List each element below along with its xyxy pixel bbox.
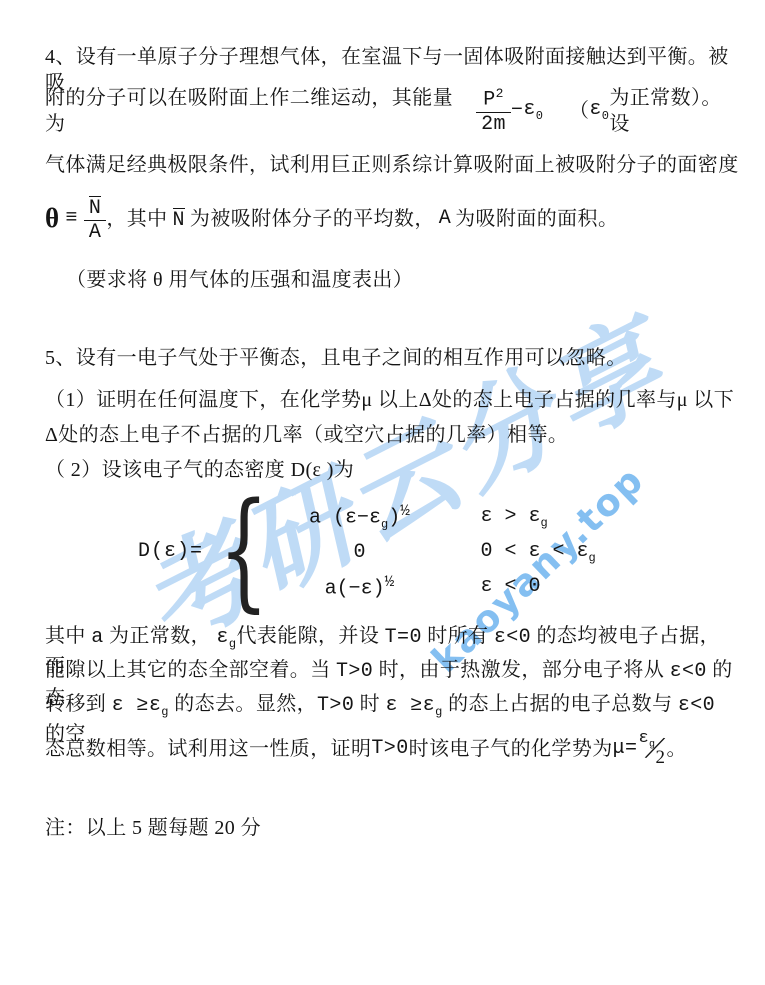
fraction-nbar-over-a: N A [84,196,106,243]
cond-text: ε > ε [480,505,540,528]
body-text: 其中 [45,625,91,647]
mu-equals: μ= [613,736,638,762]
body-text: 时 [354,693,385,715]
p4-line2-tail: 为正常数）。设 [609,85,740,137]
half-exponent: ½ [385,573,395,591]
zero-subscript: 0 [602,109,610,123]
piecewise-expr-2: 0 [280,541,438,564]
squared-exponent: 2 [496,86,504,101]
t-greater-zero: T>0 [371,736,408,762]
p4-line4-text3: 为吸附面的面积。 [455,206,618,232]
body-text: 时所有 [422,625,494,647]
p5-body-line4: 态总数相等。试利用这一性质，证明 T>0 时该电子气的化学势为 μ=εg∕2 。 [45,725,740,773]
piecewise-density-equation: D(ε)= { a (ε−εg)½ ε > εg 0 0 < ε < εg a(… [138,497,596,606]
theta-symbol: θ [45,201,60,236]
expr-text: a(−ε) [325,578,385,601]
equiv-sign: ≡ [66,206,78,232]
epsilon-symbol: ε [216,626,228,649]
p5-part2-line: （ 2）设该电子气的态密度 D(ε )为 [45,457,740,483]
epsilon-symbol: ε [589,98,601,121]
body-text: 为正常数， [104,625,217,647]
n-bar-symbol: N [89,196,101,219]
p4-line4-text1: ，其中 [106,206,167,232]
fraction-p2-over-2m: P2 2m [476,87,511,135]
t-greater-zero: T>0 [336,660,373,683]
body-text: 时，由于热激发，部分电子将从 [373,659,669,681]
epsilon-symbol: ε [638,729,649,748]
body-text: 能隙以上其它的态全部空着。当 [45,659,336,681]
fraction-denominator: 2 [656,746,666,771]
p5-part1-line2: Δ处的态上电子不占据的几率（或空穴占据的几率）相等。 [45,422,740,448]
piecewise-cond-1: ε > εg [438,505,595,530]
p4-line2-text: 附的分子可以在吸附面上作二维运动，其能量为 [45,85,466,137]
g-subscript: g [540,516,547,530]
g-subscript: g [161,705,169,719]
eps-less-zero: ε<0 [494,626,531,649]
body-text: 的态上占据的电子总数与 [443,693,678,715]
zero-subscript: 0 [536,109,544,123]
fraction-denominator: A [84,220,106,243]
eps-ge-eps-g: ε ≥εg [112,694,169,717]
cond-text: 0 < ε < ε [480,540,588,563]
density-lhs: D(ε)= [138,540,203,563]
body-text: 态总数相等。试利用这一性质，证明 [45,736,371,762]
p5-part1-line1: （1）证明在任何温度下，在化学势μ 以上Δ处的态上电子占据的几率与μ 以下 [45,387,740,413]
body-text: 。 [666,736,686,762]
body-text: 时该电子气的化学势为 [409,736,613,762]
minus-sign: − [511,98,523,124]
p4-line3: 气体满足经典极限条件，试利用巨正则系综计算吸附面上被吸附分子的面密度 [45,152,740,178]
body-text: 的态去。显然， [169,693,317,715]
body-text: 代表能隙，并设 [236,625,384,647]
expr-text: a (ε−ε [309,507,381,530]
eps-less-zero: ε<0 [670,660,707,683]
cond-text: ε ≥ε [385,694,435,717]
open-paren: （ [569,98,589,124]
t-greater-zero: T>0 [317,694,354,717]
epsilon-g: εg [216,626,236,649]
epsilon-zero: ε0 [523,97,543,125]
n-bar-symbol: N [173,208,185,231]
expr-text: ) [388,507,400,530]
momentum-symbol: P [483,89,495,112]
eps-ge-eps-g: ε ≥εg [385,694,442,717]
piecewise-cond-2: 0 < ε < εg [438,540,595,565]
piecewise-expr-1: a (ε−εg)½ [280,502,438,532]
p4-line4-text2: 为被吸附体分子的平均数， [190,206,435,232]
cond-text: ε ≥ε [112,694,162,717]
g-subscript: g [435,705,443,719]
g-subscript: g [588,551,595,565]
t-equals-zero: T=0 [385,626,422,649]
eps-less-zero: ε<0 [678,694,715,717]
p5-heading: 5、设有一电子气处于平衡态，且电子之间的相互作用可以忽略。 [45,345,740,371]
constant-a: a [91,626,103,649]
piecewise-expr-3: a(−ε)½ [280,573,438,601]
piecewise-rows: a (ε−εg)½ ε > εg 0 0 < ε < εg a(−ε)½ ε <… [280,502,595,600]
half-exponent: ½ [400,502,410,520]
slanted-fraction-epsg-over-2: εg∕2 [638,727,665,771]
area-symbol: A [439,206,451,232]
scoring-note: 注：以上 5 题每题 20 分 [45,815,740,841]
body-text: 转移到 [45,693,112,715]
fraction-denominator: 2m [476,112,511,135]
p4-line4: θ ≡ N A ，其中 N 为被吸附体分子的平均数， A 为吸附面的面积。 [45,184,740,254]
epsilon-zero: ε0 [589,97,609,125]
p4-requirement-note: （要求将 θ 用气体的压强和温度表出） [66,267,761,293]
exam-document-page: 考研云分享 kaoyany.top 4、设有一单原子分子理想气体，在室温下与一固… [0,0,765,985]
epsilon-symbol: ε [523,98,535,121]
piecewise-cond-3: ε < 0 [438,575,595,598]
left-brace: { [218,497,268,606]
p4-line2: 附的分子可以在吸附面上作二维运动，其能量为 P2 2m − ε0 （ ε0 为正… [45,82,740,140]
fraction-numerator: N [84,196,106,220]
fraction-numerator: P2 [478,87,509,112]
